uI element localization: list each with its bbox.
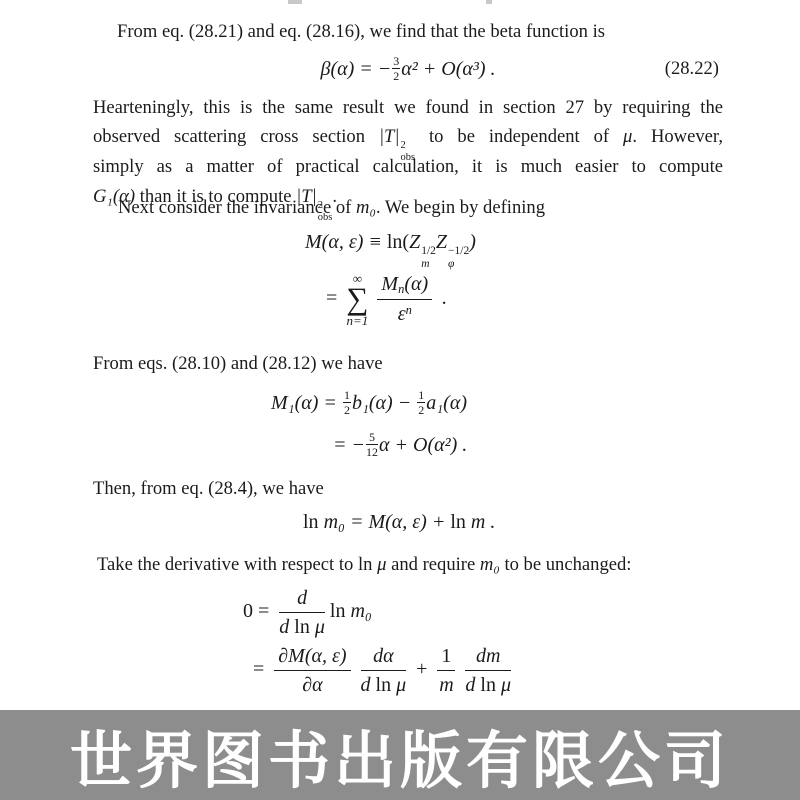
frac-denominator: m: [437, 671, 455, 697]
text-run: . However,: [632, 126, 723, 147]
m0-symbol: m₀: [350, 600, 371, 622]
z-m-symbol: Z: [409, 231, 420, 253]
d-symbol: d: [361, 674, 376, 696]
superscript-2: 2: [401, 140, 406, 152]
eq24-l2-end: α + O(α²) .: [379, 434, 467, 456]
frac-numerator: 1: [417, 389, 425, 403]
mu-symbol: μ: [396, 674, 406, 696]
fraction-five-twelfths: 512: [366, 431, 378, 458]
frac-numerator: 1: [343, 389, 351, 403]
fraction-one-over-m: 1m: [437, 644, 455, 697]
frac-denominator: d ln μ: [361, 671, 407, 697]
fraction-dalpha-over-dlnmu: dαd ln μ: [361, 644, 407, 697]
frac-numerator: 1: [437, 644, 455, 671]
paragraph-next-consider: Next consider the invariance of m₀. We b…: [118, 197, 545, 219]
frac-numerator: dm: [465, 644, 511, 671]
d-symbol: d: [465, 674, 480, 696]
eq24-end: a₁(α): [426, 392, 467, 414]
end-period: .: [437, 287, 447, 309]
mu-symbol: μ: [623, 126, 632, 147]
frac-numerator: 5: [366, 431, 378, 445]
epsilon-symbol: ε: [398, 303, 406, 325]
eq25-end: m .: [471, 511, 495, 533]
log-operator: ln: [294, 616, 315, 638]
textbook-page: From eq. (28.21) and eq. (28.16), we fin…: [0, 0, 800, 800]
frac-numerator: 3: [392, 55, 400, 69]
closing-paren: ): [469, 231, 476, 253]
t-matrix-symbol: |T|: [379, 126, 400, 147]
text-run: observed scattering cross section: [93, 126, 379, 147]
frac-denominator: εn: [377, 300, 432, 326]
frac-denominator: d ln μ: [279, 613, 325, 639]
derivative-equation-line1: 0 = dd ln μln m₀: [93, 586, 800, 640]
frac-denominator: 12: [366, 445, 378, 458]
equals-sign: =: [253, 658, 269, 680]
publisher-name: 世界图书出版有限公司: [70, 711, 730, 800]
subscript-m: m: [421, 258, 429, 271]
equation-28-22: β(α) = −32α² + O(α³) . (28.22): [93, 55, 723, 82]
fraction-Mn-over-epsilon-n: Mn(α)εn: [377, 272, 432, 326]
fraction-one-half: 12: [343, 389, 351, 416]
log-operator: ln: [303, 511, 324, 533]
log-operator: ln: [450, 511, 471, 533]
text-run: Take the derivative with respect to ln: [97, 554, 377, 575]
subscript-phi: φ: [448, 258, 454, 271]
frac-numerator: Mn(α): [377, 272, 432, 300]
equation-28-24-line2: = −512α + O(α²) . (28.24): [93, 431, 800, 458]
text-run: Next consider the invariance of: [118, 197, 356, 218]
equation-28-25: ln m₀ = M(α, ε) + ln m . (28.25): [93, 511, 800, 534]
equation-28-23-line2: = ∞∑n=1Mn(α)εn . (28.23): [93, 272, 800, 336]
log-operator: ln: [330, 600, 351, 622]
plus-sign: +: [411, 658, 432, 680]
text-run: to be unchanged:: [500, 554, 632, 575]
superscript-minus-half: −1/2: [448, 245, 469, 258]
log-operator: ln: [480, 674, 501, 696]
log-operator: ln(: [387, 231, 409, 253]
eq25-mid: m₀ = M(α, ε) +: [324, 511, 451, 533]
fraction-d-over-dlnmu: dd ln μ: [279, 586, 325, 639]
paragraph-beta-intro: From eq. (28.21) and eq. (28.16), we fin…: [117, 21, 605, 43]
equals-sign: =: [326, 287, 342, 309]
text-run: . We begin by defining: [376, 197, 545, 218]
derivative-equation-line2: = ∂M(α, ε)∂αdαd ln μ + 1mdmd ln μ: [93, 644, 800, 702]
z-phi-symbol: Z: [436, 231, 447, 253]
fraction-dm-over-dlnmu: dmd ln μ: [465, 644, 511, 697]
eq22-rhs: α² + O(α³) .: [401, 58, 495, 80]
eq24-lhs: M₁(α) =: [271, 392, 342, 414]
z-m-supsub: 1/2m: [421, 245, 436, 271]
frac-denominator: 2: [392, 69, 400, 82]
page-crop-mark: [288, 0, 302, 4]
text-run: to be independent of: [415, 126, 623, 147]
fraction-three-halves: 32: [392, 55, 400, 82]
frac-numerator: dα: [361, 644, 407, 671]
frac-numerator: d: [279, 586, 325, 613]
paragraph-hearteningly-line1: Hearteningly, this is the same result we…: [93, 97, 723, 119]
equation-28-23-line1: M(α, ε) ≡ ln(Z1/2mZ−1/2φ): [93, 231, 800, 271]
frac-denominator: ∂α: [274, 671, 350, 697]
sigma-sum-symbol: ∑: [346, 285, 368, 314]
paragraph-then-from: Then, from eq. (28.4), we have: [93, 478, 324, 500]
alpha-argument: (α): [404, 273, 428, 295]
z-phi-supsub: −1/2φ: [448, 245, 469, 271]
equation-28-22-body: β(α) = −32α² + O(α³) .: [93, 55, 723, 82]
superscript-half: 1/2: [421, 245, 436, 258]
paragraph-hearteningly-line3: simply as a matter of practical calculat…: [93, 156, 723, 178]
frac-denominator: 2: [417, 403, 425, 416]
text-run: and require: [386, 554, 479, 575]
eq22-lhs: β(α) = −: [320, 58, 391, 80]
frac-numerator: ∂M(α, ε): [274, 644, 350, 671]
zero-equals: 0 =: [243, 600, 274, 622]
mu-symbol: μ: [501, 674, 511, 696]
paragraph-take-derivative: Take the derivative with respect to ln μ…: [97, 554, 631, 576]
frac-denominator: 2: [343, 403, 351, 416]
paragraph-from-eqs: From eqs. (28.10) and (28.12) we have: [93, 353, 383, 375]
eq24-l2-start: = −: [333, 434, 365, 456]
frac-denominator: d ln μ: [465, 671, 511, 697]
fraction-dM-over-dalpha: ∂M(α, ε)∂α: [274, 644, 350, 697]
equation-number-28-22: (28.22): [665, 58, 719, 80]
page-crop-mark: [486, 0, 492, 4]
equation-28-24-line1: M₁(α) = 12b₁(α) − 12a₁(α): [93, 389, 800, 416]
eq23-lhs: M(α, ε) ≡: [305, 231, 387, 253]
publisher-banner: 世界图书出版有限公司: [0, 710, 800, 800]
m0-symbol: m₀: [480, 554, 500, 575]
log-operator: ln: [376, 674, 397, 696]
superscript-n: n: [406, 303, 412, 317]
mu-symbol: μ: [315, 616, 325, 638]
d-symbol: d: [279, 616, 294, 638]
m0-symbol: m₀: [356, 197, 376, 218]
fraction-one-half: 12: [417, 389, 425, 416]
eq24-mid: b₁(α) −: [352, 392, 416, 414]
sum-lower-limit: n=1: [346, 314, 368, 327]
M-symbol: M: [381, 273, 398, 295]
summation-n-1-infinity: ∞∑n=1: [346, 272, 368, 327]
